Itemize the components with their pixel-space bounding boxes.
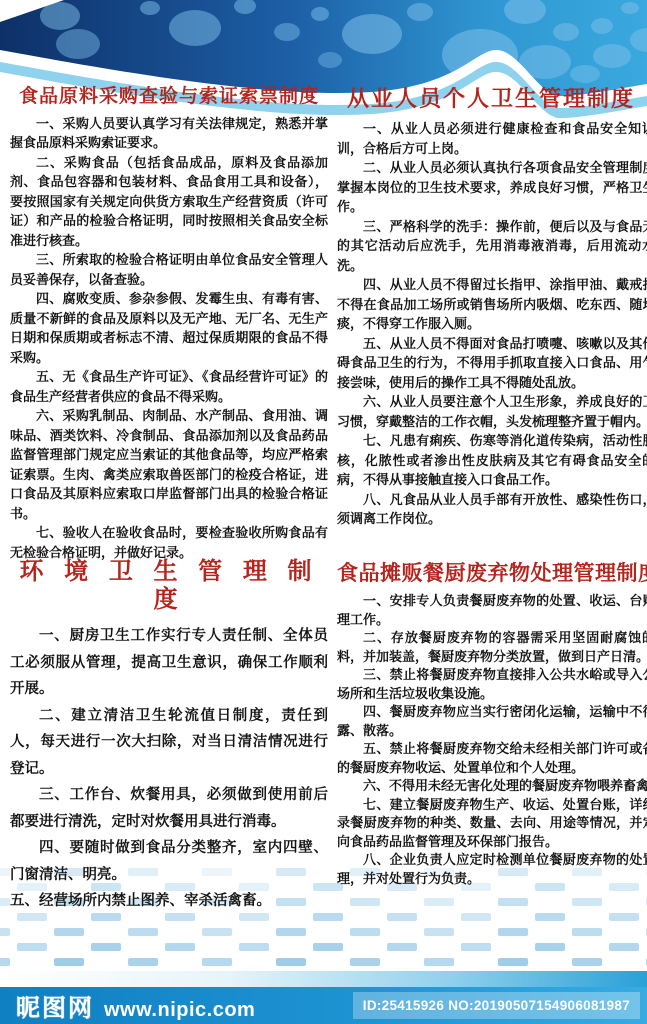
section-personal-hygiene: 从业人员个人卫生管理制度 一、从业人员必须进行健康检查和食品安全知识培训，合格后… [337, 86, 647, 529]
mosaic-tile [0, 868, 10, 876]
footer-gradient-strip [0, 971, 647, 987]
mosaic-tile [424, 928, 454, 936]
mosaic-tile [202, 928, 232, 936]
section-body: 一、厨房卫生工作实行专人责任制、全体员工必须服从管理，提高卫生意识，确保工作顺利… [10, 623, 328, 915]
rule-paragraph: 二、采购食品（包括食品成品，原料及食品添加剂、食品包容器和包装材料、食品食用工具… [10, 153, 328, 251]
rule-paragraph: 七、凡患有痢疾、伤寒等消化道传染病，活动性肺结核，化脓性或者渗出性皮肤病及其它有… [337, 431, 647, 490]
section-environment-hygiene: 环 境 卫 生 管 理 制 度 一、厨房卫生工作实行专人责任制、全体员工必须服从… [10, 558, 328, 915]
mosaic-tile [91, 943, 121, 951]
rule-paragraph: 四、餐厨废弃物应当实行密闭化运输，运输中不得泄露、散落。 [337, 703, 647, 740]
rule-paragraph: 一、采购人员要认真学习有关法律规定，熟悉并掌握食品原料采购索证要求。 [10, 114, 328, 153]
mosaic-tile [498, 928, 528, 936]
mosaic-tile [572, 898, 602, 906]
rule-paragraph: 二、从业人员必须认真执行各项食品安全管理制度，掌握本岗位的卫生技术要求，养成良好… [337, 158, 647, 217]
rule-paragraph: 六、采购乳制品、肉制品、水产制品、食用油、调味品、酒类饮料、冷食制品、食品添加剂… [10, 406, 328, 523]
rule-paragraph: 八、企业负责人应定时检测单位餐厨废弃物的处置管理，并对处置行为负责。 [337, 851, 647, 888]
section-body: 一、从业人员必须进行健康检查和食品安全知识培训，合格后方可上岗。 二、从业人员必… [337, 119, 647, 529]
mosaic-tile [128, 958, 158, 966]
mosaic-tile [313, 943, 343, 951]
rule-paragraph: 三、严格科学的洗手：操作前，便后以及与食品无关的其它活动后应洗手，先用消毒液消毒… [337, 217, 647, 276]
mosaic-tile [424, 958, 454, 966]
mosaic-tile [0, 958, 10, 966]
rule-paragraph: 五、经营场所内禁止图养、宰杀活禽畜。 [10, 888, 328, 915]
mosaic-tile [0, 898, 10, 906]
rule-paragraph: 四、要随时做到食品分类整齐，室内四壁、门窗清洁、明亮。 [10, 835, 328, 888]
mosaic-tile [350, 928, 380, 936]
mosaic-tile [498, 958, 528, 966]
mosaic-tile [461, 913, 491, 921]
mosaic-tile [276, 928, 306, 936]
mosaic-tile [54, 928, 84, 936]
mosaic-tile [17, 943, 47, 951]
mosaic-tile [461, 943, 491, 951]
section-title: 从业人员个人卫生管理制度 [337, 86, 647, 111]
rule-paragraph: 一、从业人员必须进行健康检查和食品安全知识培训，合格后方可上岗。 [337, 119, 647, 158]
rule-paragraph: 四、腐败变质、参杂参假、发霉生虫、有毒有害、质量不新鲜的食品及原料以及无产地、无… [10, 289, 328, 367]
mosaic-tile [535, 943, 565, 951]
mosaic-tile [165, 943, 195, 951]
mosaic-tile [387, 913, 417, 921]
mosaic-tile [572, 958, 602, 966]
mosaic-tile [128, 928, 158, 936]
rule-paragraph: 一、厨房卫生工作实行专人责任制、全体员工必须服从管理，提高卫生意识，确保工作顺利… [10, 623, 328, 703]
mosaic-tile [609, 913, 639, 921]
rule-paragraph: 六、从业人员要注意个人卫生形象，养成良好的卫生习惯，穿戴整洁的工作衣帽，头发梳理… [337, 392, 647, 431]
image-id-badge: ID:25415926 NO:20190507154906081987 [353, 992, 640, 1019]
section-purchase-inspection: 食品原料采购查验与索证索票制度 一、采购人员要认真学习有关法律规定，熟悉并掌握食… [10, 86, 328, 562]
rule-paragraph: 八、凡食品从业人员手部有开放性、感染性伤口，必须调离工作岗位。 [337, 490, 647, 529]
section-title: 食品摊贩餐厨废弃物处理管理制度 [337, 562, 647, 586]
section-title: 环 境 卫 生 管 理 制 度 [10, 558, 328, 613]
nipic-logo: 昵图网 [16, 988, 94, 1023]
mosaic-tile [350, 958, 380, 966]
food-safety-rules-poster: 食品原料采购查验与索证索票制度 一、采购人员要认真学习有关法律规定，熟悉并掌握食… [0, 0, 647, 1024]
footer-watermark-bar: 昵图网 www.nipic.com ID:25415926 NO:2019050… [0, 987, 647, 1024]
section-waste-disposal: 食品摊贩餐厨废弃物处理管理制度 一、安排专人负责餐厨废弃物的处置、收运、台账管理… [337, 562, 647, 888]
rule-paragraph: 五、禁止将餐厨废弃物交给未经相关部门许可或备案的餐厨废弃物收运、处置单位和个人处… [337, 740, 647, 777]
rule-paragraph: 一、安排专人负责餐厨废弃物的处置、收运、台账管理工作。 [337, 592, 647, 629]
rule-paragraph: 七、验收人在验收食品时，要检查验收所购食品有无检验合格证明，并做好记录。 [10, 523, 328, 562]
rule-paragraph: 四、从业人员不得留过长指甲、涂指甲油、戴戒指。不得在食品加工场所或销售场所内吸烟… [337, 275, 647, 334]
rule-paragraph: 三、禁止将餐厨废弃物直接排入公共水峪或导入公共场所和生活垃圾收集设施。 [337, 666, 647, 703]
section-title: 食品原料采购查验与索证索票制度 [10, 86, 328, 108]
rule-paragraph: 二、建立清洁卫生轮流值日制度，责任到人，每天进行一次大扫除，对当日清洁情况进行登… [10, 703, 328, 783]
section-body: 一、安排专人负责餐厨废弃物的处置、收运、台账管理工作。 二、存放餐厨废弃物的容器… [337, 592, 647, 888]
mosaic-tile [609, 943, 639, 951]
mosaic-tile [498, 898, 528, 906]
mosaic-tile [535, 913, 565, 921]
rule-paragraph: 五、无《食品生产许可证》、《食品经营许可证》的食品生产经营者供应的食品不得采购。 [10, 367, 328, 406]
rule-paragraph: 二、存放餐厨废弃物的容器需采用坚固耐腐蚀的材料，并加装盖，餐厨废弃物分类放置，做… [337, 629, 647, 666]
mosaic-tile [424, 898, 454, 906]
rule-paragraph: 七、建立餐厨废弃物生产、收运、处置台账，详细记录餐厨废弃物的种类、数量、去向、用… [337, 796, 647, 852]
mosaic-tile [572, 928, 602, 936]
nipic-brand: 昵图网 www.nipic.com [0, 988, 255, 1023]
nipic-url: www.nipic.com [104, 999, 255, 1022]
rule-paragraph: 三、所索取的检验合格证明由单位食品安全管理人员妥善保存，以备查验。 [10, 250, 328, 289]
mosaic-tile [387, 943, 417, 951]
section-body: 一、采购人员要认真学习有关法律规定，熟悉并掌握食品原料采购索证要求。 二、采购食… [10, 114, 328, 563]
mosaic-tile [54, 958, 84, 966]
mosaic-tile [350, 898, 380, 906]
rule-paragraph: 五、从业人员不得面对食品打喷嚏、咳嗽以及其他有碍食品卫生的行为，不得用手抓取直接… [337, 334, 647, 393]
mosaic-tile [202, 958, 232, 966]
mosaic-tile [0, 928, 10, 936]
rule-paragraph: 六、不得用未经无害化处理的餐厨废弃物喂养畜禽。 [337, 777, 647, 796]
rule-paragraph: 三、工作台、炊餐用具，必须做到使用前后都要进行清洗，定时对炊餐用具进行消毒。 [10, 782, 328, 835]
mosaic-tile [276, 958, 306, 966]
mosaic-tile [239, 943, 269, 951]
